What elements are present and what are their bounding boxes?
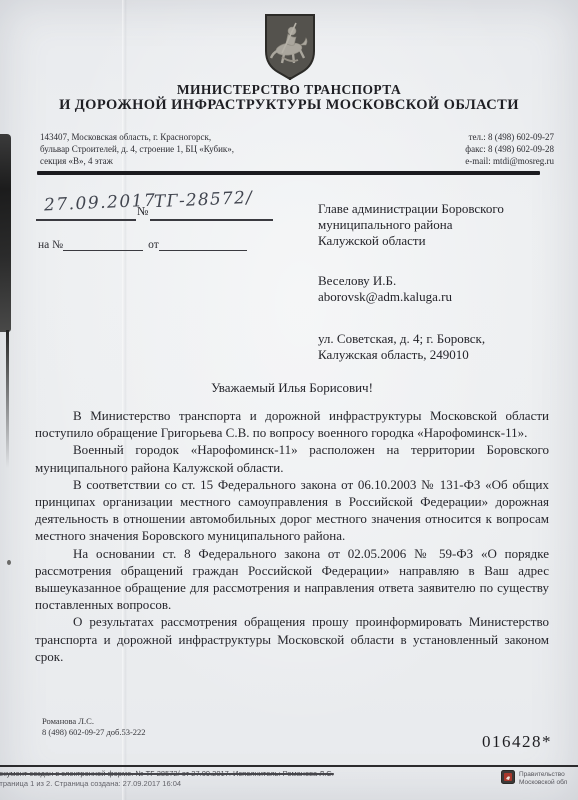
- scan-edge-artifact: [0, 134, 11, 332]
- handwritten-outgoing-number: ТГ-28572/: [154, 188, 254, 212]
- paper-crease: [122, 0, 127, 800]
- edoc-strip-line1: Документ создан в электронной форме. № Т…: [0, 769, 514, 779]
- reply-number-blank: [63, 239, 143, 251]
- recipient-title-line1: Главе администрации Боровского: [318, 201, 554, 217]
- salutation: Уважаемый Илья Борисович!: [35, 380, 549, 396]
- letter-body: В Министерство транспорта и дорожной инф…: [35, 407, 549, 665]
- recipient-address-line1: ул. Советская, д. 4; г. Боровск,: [318, 331, 554, 347]
- ministry-title-line2: И ДОРОЖНОЙ ИНФРАСТРУКТУРЫ МОСКОВСКОЙ ОБЛ…: [0, 98, 578, 114]
- number-sign: №: [137, 204, 148, 219]
- government-logo-caption: Правительство Московской обл: [519, 771, 567, 786]
- scanned-letter-page: МИНИСТЕРСТВО ТРАНСПОРТА И ДОРОЖНОЙ ИНФРА…: [0, 0, 578, 800]
- paragraph-4: На основании ст. 8 Федерального закона о…: [35, 545, 549, 614]
- recipient-title-line3: Калужской области: [318, 233, 554, 249]
- ministry-title: МИНИСТЕРСТВО ТРАНСПОРТА И ДОРОЖНОЙ ИНФРА…: [0, 82, 578, 113]
- scan-edge-line: [6, 330, 9, 468]
- scan-speck: [7, 560, 11, 565]
- recipient-title-line2: муниципального района: [318, 217, 554, 233]
- ministry-title-line1: МИНИСТЕРСТВО ТРАНСПОРТА: [0, 82, 578, 98]
- reply-date-blank: [159, 239, 247, 251]
- sender-fax: факс: 8 (498) 602-09-28: [465, 143, 554, 155]
- paragraph-5: О результатах рассмотрения обращения про…: [35, 613, 549, 665]
- government-logo-line1: Правительство: [519, 771, 567, 779]
- edoc-strip: Документ создан в электронной форме. № Т…: [0, 769, 514, 788]
- paragraph-3: В соответствии со ст. 15 Федерального за…: [35, 476, 549, 545]
- executor-block: Романова Л.С. 8 (498) 602-09-27 доб.53-2…: [42, 716, 146, 738]
- sender-address: 143407, Московская область, г. Красногор…: [40, 131, 234, 167]
- recipient-name: Веселову И.Б.: [318, 273, 554, 289]
- sender-email: e-mail: mtdi@mosreg.ru: [465, 155, 554, 167]
- executor-name: Романова Л.С.: [42, 716, 146, 727]
- date-underline: [36, 219, 136, 221]
- government-logo-line2: Московской обл: [519, 779, 567, 787]
- sender-address-line2: бульвар Строителей, д. 4, строение 1, БЦ…: [40, 143, 234, 155]
- recipient-address-line2: Калужская область, 249010: [318, 347, 554, 363]
- sender-address-line1: 143407, Московская область, г. Красногор…: [40, 131, 234, 143]
- number-underline: [150, 219, 273, 221]
- recipient-block: Главе администрации Боровского муниципал…: [318, 201, 554, 363]
- reply-from-label: от: [148, 239, 159, 251]
- edoc-strip-line2: Страница 1 из 2. Страница создана: 27.09…: [0, 779, 514, 789]
- paragraph-1: В Министерство транспорта и дорожной инф…: [35, 407, 549, 441]
- footer-divider: [0, 765, 578, 767]
- government-logo-icon: [501, 770, 515, 784]
- reply-reference-row: на №от: [38, 239, 247, 251]
- sender-address-line3: секция «В», 4 этаж: [40, 155, 234, 167]
- reply-prefix: на №: [38, 239, 63, 251]
- executor-phone: 8 (498) 602-09-27 доб.53-222: [42, 727, 146, 738]
- recipient-email: aborovsk@adm.kaluga.ru: [318, 289, 554, 305]
- coat-of-arms-icon: [262, 13, 318, 81]
- sender-contacts: тел.: 8 (498) 602-09-27 факс: 8 (498) 60…: [465, 131, 554, 167]
- sender-phone: тел.: 8 (498) 602-09-27: [465, 131, 554, 143]
- registration-code: 016428*: [450, 732, 552, 752]
- letterhead-divider: [37, 171, 540, 175]
- paragraph-2: Военный городок «Нарофоминск-11» располо…: [35, 441, 549, 475]
